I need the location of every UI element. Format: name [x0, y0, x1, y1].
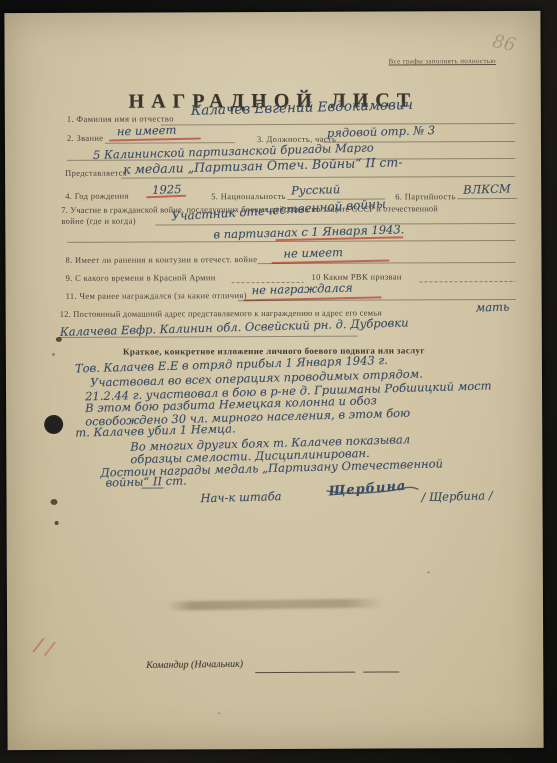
field-previous-awards-value: не награждался [251, 281, 352, 298]
field-party-value: ВЛКСМ [463, 181, 511, 196]
field-rank-label: 2. Звание [67, 133, 103, 143]
award-sheet-paper: 86 Все графы заполнять полностью НАГРАДН… [4, 11, 543, 750]
field-position-value: рядовой отр. № 3 [327, 123, 436, 140]
archive-page-number: 86 [491, 31, 518, 56]
fill-all-fields-note: Все графы заполнять полностью [389, 57, 496, 65]
commander-signature-line [255, 672, 355, 673]
paper-fleck [217, 712, 220, 714]
ink-speck [51, 499, 58, 505]
signature-transcript: / Щербина / [421, 488, 493, 504]
signature-flourish [324, 474, 420, 494]
field-party-label: 6. Партийность [395, 191, 456, 201]
field-previous-awards-label: 11. Чем ранее награждался (за какие отли… [66, 290, 247, 301]
form-line [58, 336, 358, 338]
ink-underline [141, 487, 163, 488]
faded-stamp [166, 598, 384, 610]
ink-speck [52, 353, 55, 356]
field-nationality-value: Русский [291, 182, 340, 197]
field-wounds-label: 8. Имеет ли ранения и контузии в отечест… [65, 254, 257, 265]
field-wounds-value: не имеет [283, 245, 343, 261]
field-red-army-since-label: 9. С какого времени в Красной Армии [66, 272, 216, 283]
red-pencil-mark [32, 638, 56, 656]
represented-for-label: Представляется [65, 168, 127, 178]
paper-fleck [427, 571, 430, 573]
form-line [238, 299, 516, 301]
form-line [121, 176, 515, 179]
signature-role: Нач-к штаба [200, 489, 281, 505]
form-line [457, 198, 517, 199]
field-home-address-value-inline: мать [475, 300, 509, 315]
form-line [105, 142, 235, 144]
commander-signature-line [363, 671, 399, 672]
field-birth-year-label: 4. Год рождения [65, 191, 129, 201]
field-war-participation-label2: войне (где и когда) [61, 216, 136, 226]
punch-hole [44, 415, 63, 434]
field-nationality-label: 5. Национальность [211, 191, 286, 201]
form-line [257, 262, 515, 264]
field-rank-value: не имеет [117, 123, 177, 139]
red-underline-mark [146, 195, 186, 199]
photo-background: 86 Все графы заполнять полностью НАГРАДН… [0, 0, 557, 763]
commander-label: Командир (Начальник) [146, 659, 243, 671]
ink-speck [55, 521, 59, 525]
ink-speck [56, 337, 62, 342]
form-line [420, 281, 516, 282]
